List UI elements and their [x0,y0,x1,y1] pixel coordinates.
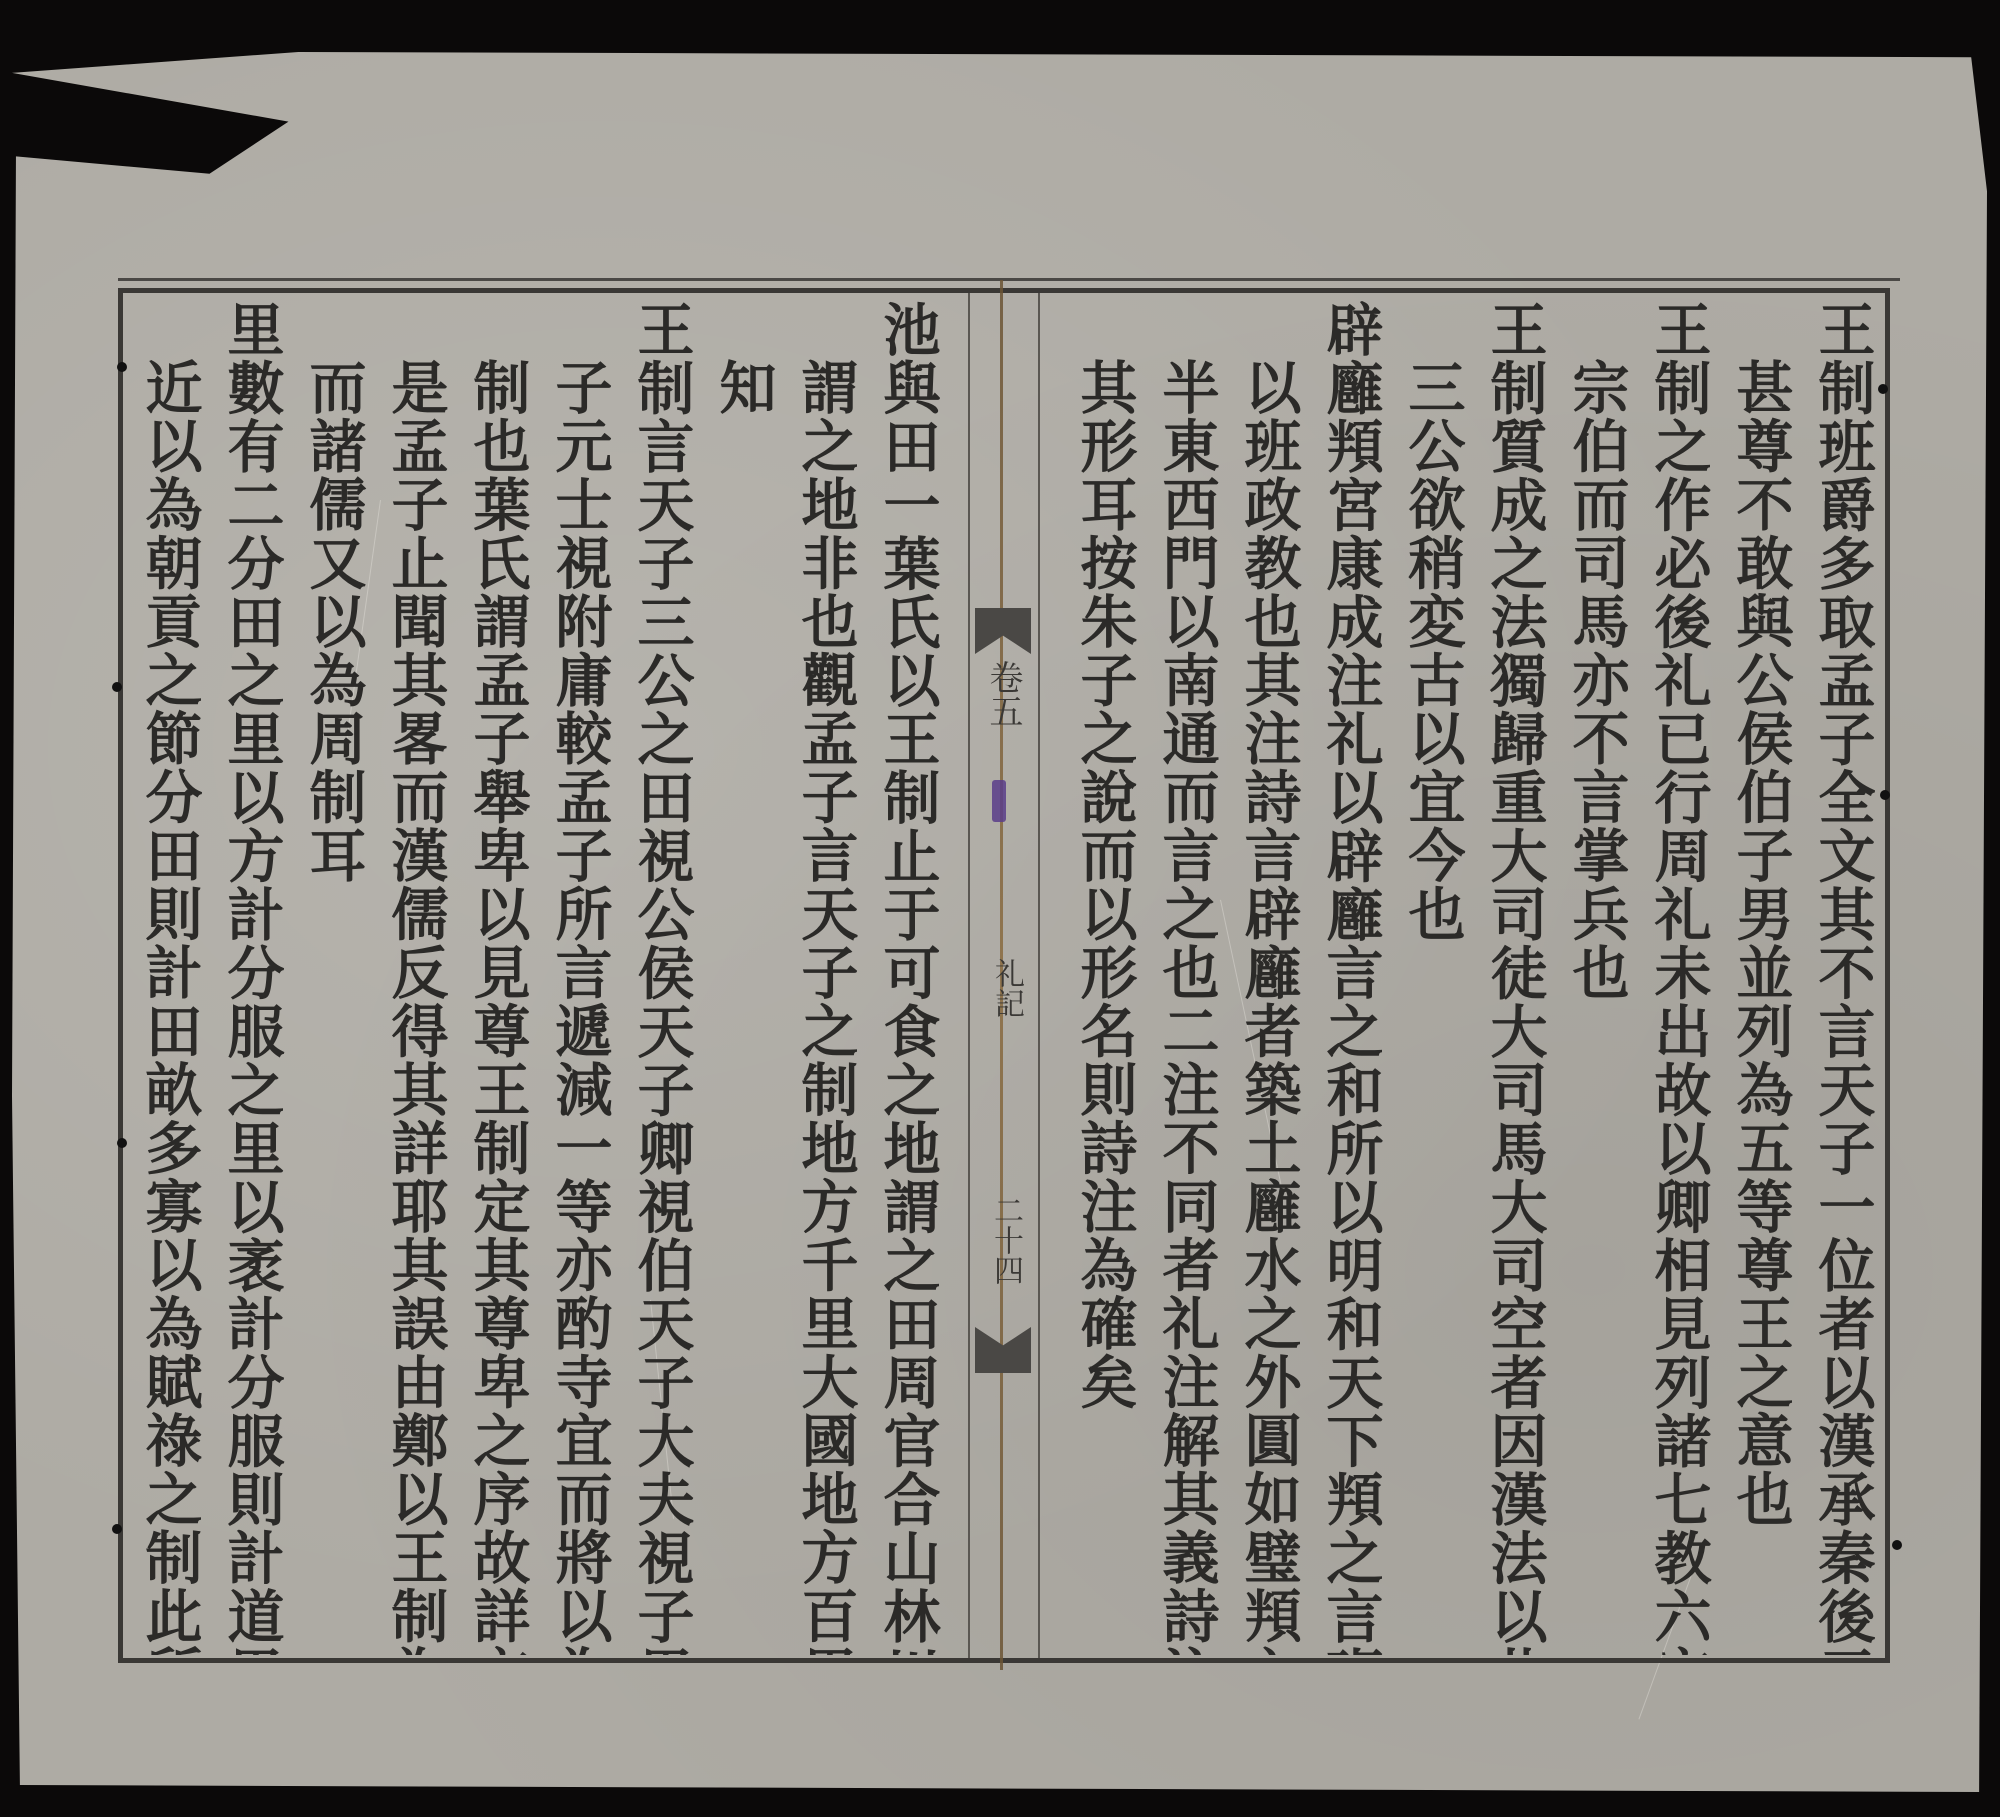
text-column: 半東西門以南通而言之也二注不同者礼注解其義詩注解 [1145,300,1227,1655]
text-column: 謂之地非也觀孟子言天子之制地方千里大國地方百里可 [784,300,866,1655]
binding-hole [1880,790,1890,800]
text-column: 王制質成之法獨歸重大司徒大司馬大司空者因漢法以此為 [1473,300,1555,1655]
text-column: 王制言天子三公之田視公侯天子卿視伯天子大夫視子男天 [620,300,702,1655]
right-half-page: 王制班爵多取孟子全文其不言天子一位者以漢承秦後天子 甚尊不敢與公侯伯子男並列為五… [1063,300,1883,1655]
text-column: 甚尊不敢與公侯伯子男並列為五等尊王之意也 [1719,300,1801,1655]
frame-top-rule [118,278,1900,281]
text-column: 池與田一葉氏以王制止于可食之地謂之田周官合山林川澤言 [866,300,948,1655]
binding-hole [1878,384,1888,394]
text-column: 制也葉氏謂孟子舉卑以見尊王制定其尊卑之序故詳言之 [456,300,538,1655]
text-column: 王制之作必後礼已行周礼未出故以卿相見列諸七教六官無 [1637,300,1719,1655]
banxin-left-rule [968,293,970,1658]
text-column: 知 [702,300,784,1655]
text-column: 子元士視附庸較孟子所言遞減一等亦酌寺宜而將以為漢 [538,300,620,1655]
binding-hole [117,1138,127,1148]
binding-hole [112,1524,122,1534]
binding-hole [112,682,122,692]
book-title: 礼記 [980,958,1026,1018]
text-column: 王制班爵多取孟子全文其不言天子一位者以漢承秦後天子 [1801,300,1883,1655]
left-half-page: 池與田一葉氏以王制止于可食之地謂之田周官合山林川澤言 謂之地非也觀孟子言天子之制… [128,300,948,1655]
purple-stamp [992,780,1006,822]
juan-label: 卷五 [980,660,1026,728]
text-column: 里數有二分田之里以方計分服之里以袤計分服則計道里遠 [210,300,292,1655]
text-column: 以班政教也其注詩言辟廱者築土廱水之外圓如璧頖之言 [1227,300,1309,1655]
binding-hole [1892,1540,1902,1550]
text-column: 是孟子止聞其畧而漢儒反得其詳耶其誤由鄭以王制為殷制 [374,300,456,1655]
text-column: 其形耳按朱子之說而以形名則詩注為確矣 [1063,300,1145,1655]
text-column: 宗伯而司馬亦不言掌兵也 [1555,300,1637,1655]
text-column: 近以為朝貢之節分田則計田畝多寡以為賦祿之制此所以 [128,300,210,1655]
banxin-right-rule [1038,293,1040,1658]
text-column: 三公欲稍変古以宜今也 [1391,300,1473,1655]
text-column: 辟廱頖宮康成注礼以辟廱言之和所以明和天下頖之言班所 [1309,300,1391,1655]
page-number: 二十四 [980,1195,1026,1285]
text-column: 而諸儒又以為周制耳 [292,300,374,1655]
binding-hole [117,362,127,372]
